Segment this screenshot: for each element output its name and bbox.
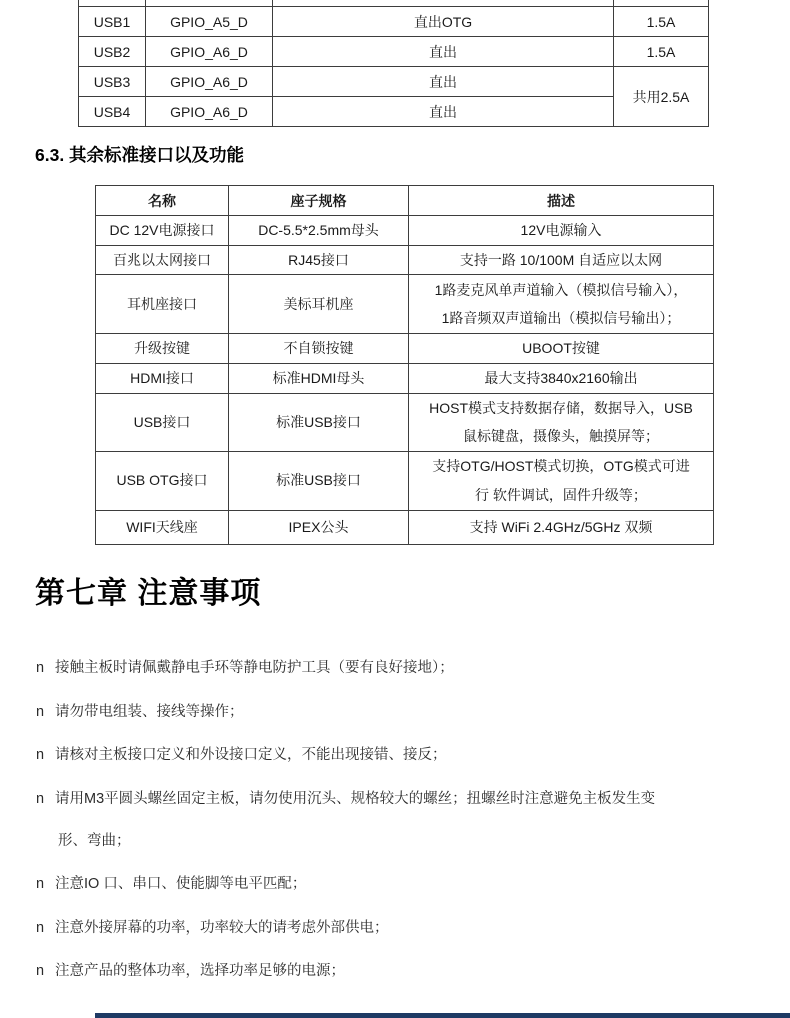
note-line: 形、弯曲； xyxy=(58,831,766,852)
cell-shared-current: 共用2.5A xyxy=(614,67,709,127)
table-header-row: 名称 座子规格 描述 xyxy=(96,186,714,216)
cell-gpio: GPIO_A6_D xyxy=(146,37,273,67)
notes-list: n 接触主板时请佩戴静电手环等静电防护工具（要有良好接地）； n 请勿带电组装、… xyxy=(36,658,766,1005)
cell-desc: 直出 xyxy=(273,67,614,97)
page-footer-bar xyxy=(95,1013,790,1018)
note-text: 接触主板时请佩戴静电手环等静电防护工具（要有良好接地）； xyxy=(55,658,766,679)
note-line: 请勿带电组装、接线等操作； xyxy=(55,704,244,720)
cell-usb-name: USB1 xyxy=(79,7,146,37)
table-row: 升级按键 不自锁按键 UBOOT按键 xyxy=(96,334,714,364)
cell-usb-name: USB4 xyxy=(79,97,146,127)
bullet-marker: n xyxy=(36,658,55,679)
note-text: 注意IO 口、串口、使能脚等电平匹配； xyxy=(55,874,766,895)
table-row: USB接口 标准USB接口 HOST模式支持数据存储，数据导入，USB 鼠标键盘… xyxy=(96,393,714,451)
cell-desc: 支持 WiFi 2.4GHz/5GHz 双频 xyxy=(409,510,714,544)
cell-name: WIFI天线座 xyxy=(96,510,229,544)
cell-gpio: GPIO_A6_D xyxy=(146,67,273,97)
cell-spec: RJ45接口 xyxy=(229,245,409,275)
cell-desc: 最大支持3840x2160输出 xyxy=(409,364,714,394)
cell-spec: 标准HDMI母头 xyxy=(229,364,409,394)
cell-name: 百兆以太网接口 xyxy=(96,245,229,275)
list-item: n 请用M3平圆头螺丝固定主板，请勿使用沉头、规格较大的螺丝；扭螺丝时注意避免主… xyxy=(36,789,766,852)
cell-usb-name: USB2 xyxy=(79,37,146,67)
usb-power-table: USB1 GPIO_A5_D 直出OTG 1.5A USB2 GPIO_A6_D… xyxy=(78,0,709,127)
cell-name: HDMI接口 xyxy=(96,364,229,394)
table-row: USB3 GPIO_A6_D 直出 共用2.5A xyxy=(79,67,709,97)
chapter-heading: 第七章 注意事项 xyxy=(35,568,261,612)
cell-spec: 标准USB接口 xyxy=(229,451,409,510)
note-text: 请勿带电组装、接线等操作； xyxy=(55,702,766,723)
column-header-spec: 座子规格 xyxy=(229,186,409,216)
cell-name: USB接口 xyxy=(96,393,229,451)
bullet-marker: n xyxy=(36,789,55,852)
cell-desc: 1路麦克风单声道输入（模拟信号输入）， 1路音频双声道输出（模拟信号输出）； xyxy=(409,275,714,334)
cell-name: USB OTG接口 xyxy=(96,451,229,510)
cell-gpio: GPIO_A5_D xyxy=(146,7,273,37)
cell-desc: 支持一路 10/100M 自适应以太网 xyxy=(409,245,714,275)
cell-spec: DC-5.5*2.5mm母头 xyxy=(229,216,409,246)
table-row: HDMI接口 标准HDMI母头 最大支持3840x2160输出 xyxy=(96,364,714,394)
cell-desc: 直出 xyxy=(273,37,614,67)
cell-desc: HOST模式支持数据存储，数据导入，USB 鼠标键盘，摄像头，触摸屏等； xyxy=(409,393,714,451)
cell-spec: IPEX公头 xyxy=(229,510,409,544)
cell-spec: 不自锁按键 xyxy=(229,334,409,364)
cell-name: 升级按键 xyxy=(96,334,229,364)
note-line: 接触主板时请佩戴静电手环等静电防护工具（要有良好接地）； xyxy=(55,660,454,676)
cell-desc: UBOOT按键 xyxy=(409,334,714,364)
note-line: 请核对主板接口定义和外设接口定义，不能出现接错、接反； xyxy=(55,747,447,763)
table-row: USB OTG接口 标准USB接口 支持OTG/HOST模式切换，OTG模式可进… xyxy=(96,451,714,510)
cell-gpio: GPIO_A6_D xyxy=(146,97,273,127)
note-text: 注意产品的整体功率，选择功率足够的电源； xyxy=(55,961,766,982)
section-heading-6-3: 6.3. 其余标准接口以及功能 xyxy=(35,142,244,167)
list-item: n 注意IO 口、串口、使能脚等电平匹配； xyxy=(36,874,766,895)
bullet-marker: n xyxy=(36,918,55,939)
list-item: n 请核对主板接口定义和外设接口定义，不能出现接错、接反； xyxy=(36,745,766,766)
table-row: DC 12V电源接口 DC-5.5*2.5mm母头 12V电源输入 xyxy=(96,216,714,246)
cell-current: 1.5A xyxy=(614,37,709,67)
note-text: 请用M3平圆头螺丝固定主板，请勿使用沉头、规格较大的螺丝；扭螺丝时注意避免主板发… xyxy=(55,789,766,852)
list-item: n 注意产品的整体功率，选择功率足够的电源； xyxy=(36,961,766,982)
table-row: USB1 GPIO_A5_D 直出OTG 1.5A xyxy=(79,7,709,37)
column-header-name: 名称 xyxy=(96,186,229,216)
cell-spec: 美标耳机座 xyxy=(229,275,409,334)
bullet-marker: n xyxy=(36,874,55,895)
standard-interface-table: 名称 座子规格 描述 DC 12V电源接口 DC-5.5*2.5mm母头 12V… xyxy=(95,185,714,545)
list-item: n 注意外接屏幕的功率，功率较大的请考虑外部供电； xyxy=(36,918,766,939)
cell-desc: 支持OTG/HOST模式切换，OTG模式可进 行 软件调试，固件升级等； xyxy=(409,451,714,510)
note-text: 请核对主板接口定义和外设接口定义，不能出现接错、接反； xyxy=(55,745,766,766)
table-row: 耳机座接口 美标耳机座 1路麦克风单声道输入（模拟信号输入）， 1路音频双声道输… xyxy=(96,275,714,334)
cell-desc: 直出OTG xyxy=(273,7,614,37)
bullet-marker: n xyxy=(36,745,55,766)
note-line: 注意IO 口、串口、使能脚等电平匹配； xyxy=(55,876,306,892)
bullet-marker: n xyxy=(36,961,55,982)
note-line: 请用M3平圆头螺丝固定主板，请勿使用沉头、规格较大的螺丝；扭螺丝时注意避免主板发… xyxy=(55,791,655,807)
column-header-desc: 描述 xyxy=(409,186,714,216)
cell-desc: 直出 xyxy=(273,97,614,127)
cell-name: 耳机座接口 xyxy=(96,275,229,334)
cell-desc: 12V电源输入 xyxy=(409,216,714,246)
note-text: 注意外接屏幕的功率，功率较大的请考虑外部供电； xyxy=(55,918,766,939)
cell-current: 1.5A xyxy=(614,7,709,37)
cell-spec: 标准USB接口 xyxy=(229,393,409,451)
bullet-marker: n xyxy=(36,702,55,723)
cell-name: DC 12V电源接口 xyxy=(96,216,229,246)
cell-usb-name: USB3 xyxy=(79,67,146,97)
list-item: n 接触主板时请佩戴静电手环等静电防护工具（要有良好接地）； xyxy=(36,658,766,679)
document-page: USB1 GPIO_A5_D 直出OTG 1.5A USB2 GPIO_A6_D… xyxy=(0,0,790,1018)
list-item: n 请勿带电组装、接线等操作； xyxy=(36,702,766,723)
note-line: 注意产品的整体功率，选择功率足够的电源； xyxy=(55,963,345,979)
table-row: 百兆以太网接口 RJ45接口 支持一路 10/100M 自适应以太网 xyxy=(96,245,714,275)
table-row: WIFI天线座 IPEX公头 支持 WiFi 2.4GHz/5GHz 双频 xyxy=(96,510,714,544)
table-row: USB2 GPIO_A6_D 直出 1.5A xyxy=(79,37,709,67)
note-line: 注意外接屏幕的功率，功率较大的请考虑外部供电； xyxy=(55,920,389,936)
